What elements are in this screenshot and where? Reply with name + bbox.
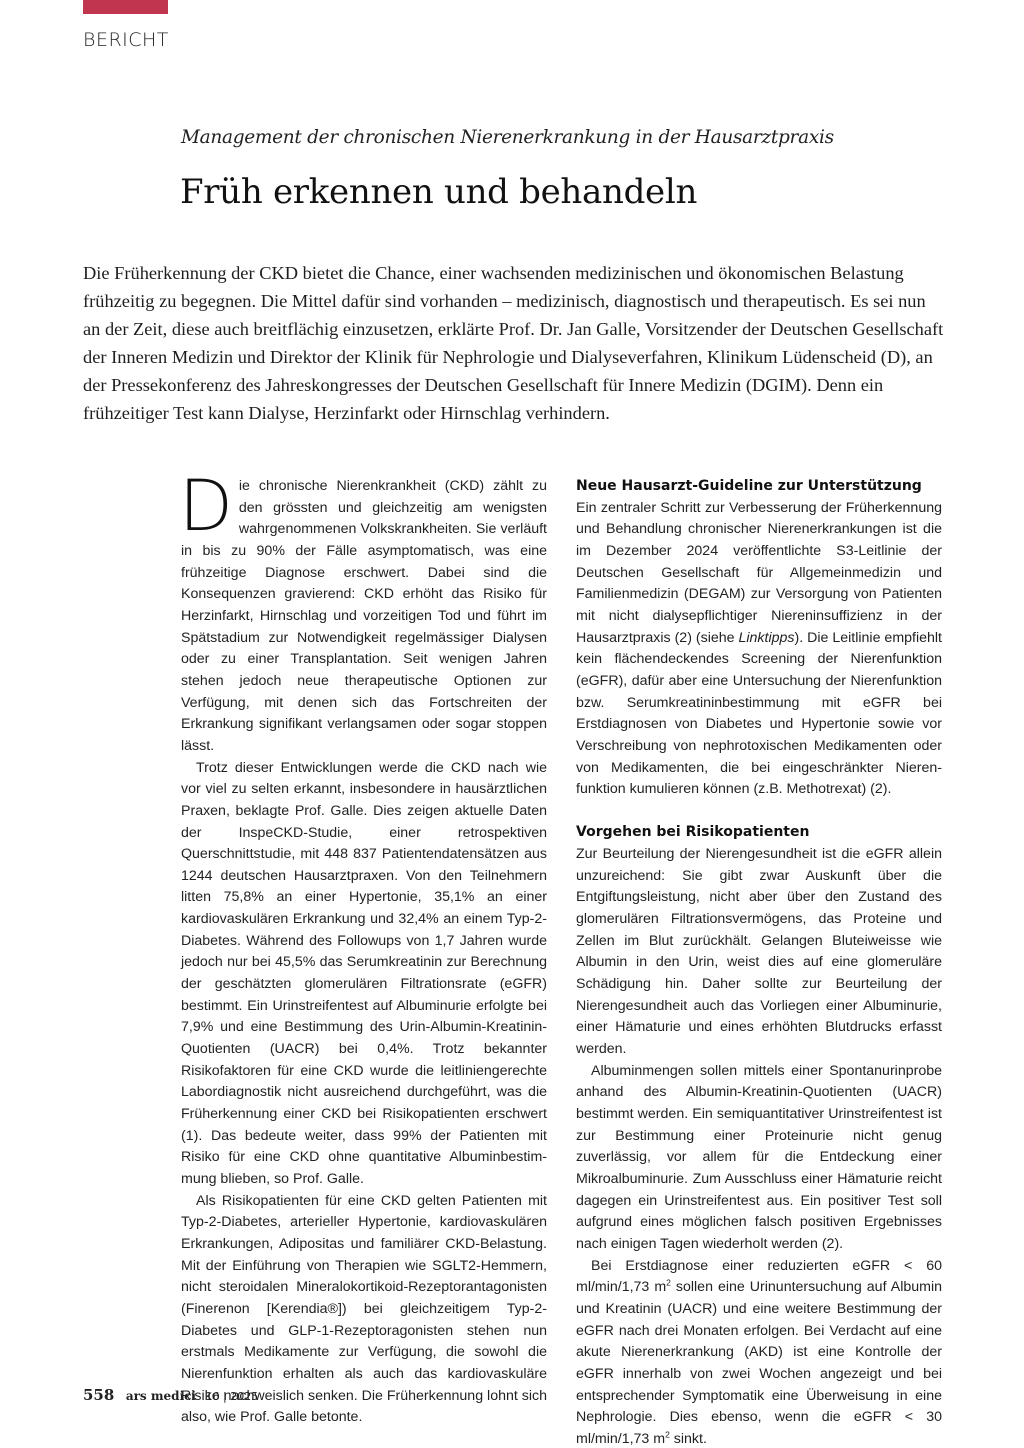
page-number: 558: [83, 1386, 114, 1404]
paragraph-text: sollen eine Urinuntersuchung auf Albumin…: [576, 1279, 942, 1447]
spacer: [576, 801, 942, 823]
body-paragraph: Ein zentraler Schritt zur Verbesserung d…: [576, 498, 942, 801]
issue-info: 16 | 2025: [206, 1390, 259, 1403]
intro-paragraph: D ie chronische Nierenkrankheit (CKD) zä…: [181, 476, 547, 758]
right-column: Neue Hausarzt-Guideline zur Unterstützun…: [576, 476, 942, 1448]
body-paragraph: Bei Erstdiagnose einer reduzierten eGFR …: [576, 1256, 942, 1448]
magazine-name: ars medici: [126, 1389, 196, 1403]
section-label: BERICHT: [83, 29, 169, 51]
section-heading-guideline: Neue Hausarzt-Guideline zur Unterstützun…: [576, 476, 942, 498]
left-column: D ie chronische Nierenkrankheit (CKD) zä…: [181, 476, 547, 1429]
linktipps-reference: Linktipps: [738, 630, 794, 646]
section-heading-risk-patients: Vorgehen bei Risikopatienten: [576, 822, 942, 844]
drop-cap: D: [179, 478, 233, 538]
body-paragraph: Albuminmengen sollen mittels einer Spont…: [576, 1061, 942, 1256]
section-accent-bar: [83, 0, 168, 14]
body-paragraph: Zur Beurteilung der Nierengesundheit ist…: [576, 844, 942, 1061]
paragraph-text: Ein zentraler Schritt zur Verbesserung d…: [576, 500, 942, 646]
article-kicker: Management der chronischen Nierenerkrank…: [181, 127, 834, 148]
article-title: Früh erkennen und behandeln: [180, 172, 697, 212]
article-lead: Die Früherkennung der CKD bietet die Cha…: [83, 259, 945, 427]
intro-paragraph-text: ie chronische Nierenkrankheit (CKD) zähl…: [181, 478, 547, 754]
paragraph-text: sinkt.: [670, 1431, 707, 1447]
paragraph-text: ). Die Leitlinie empfiehlt kein flächend…: [576, 630, 942, 798]
page-footer: 558 ars medici 16 | 2025: [83, 1386, 258, 1405]
body-paragraph: Trotz dieser Entwicklungen werde die CKD…: [181, 758, 547, 1191]
